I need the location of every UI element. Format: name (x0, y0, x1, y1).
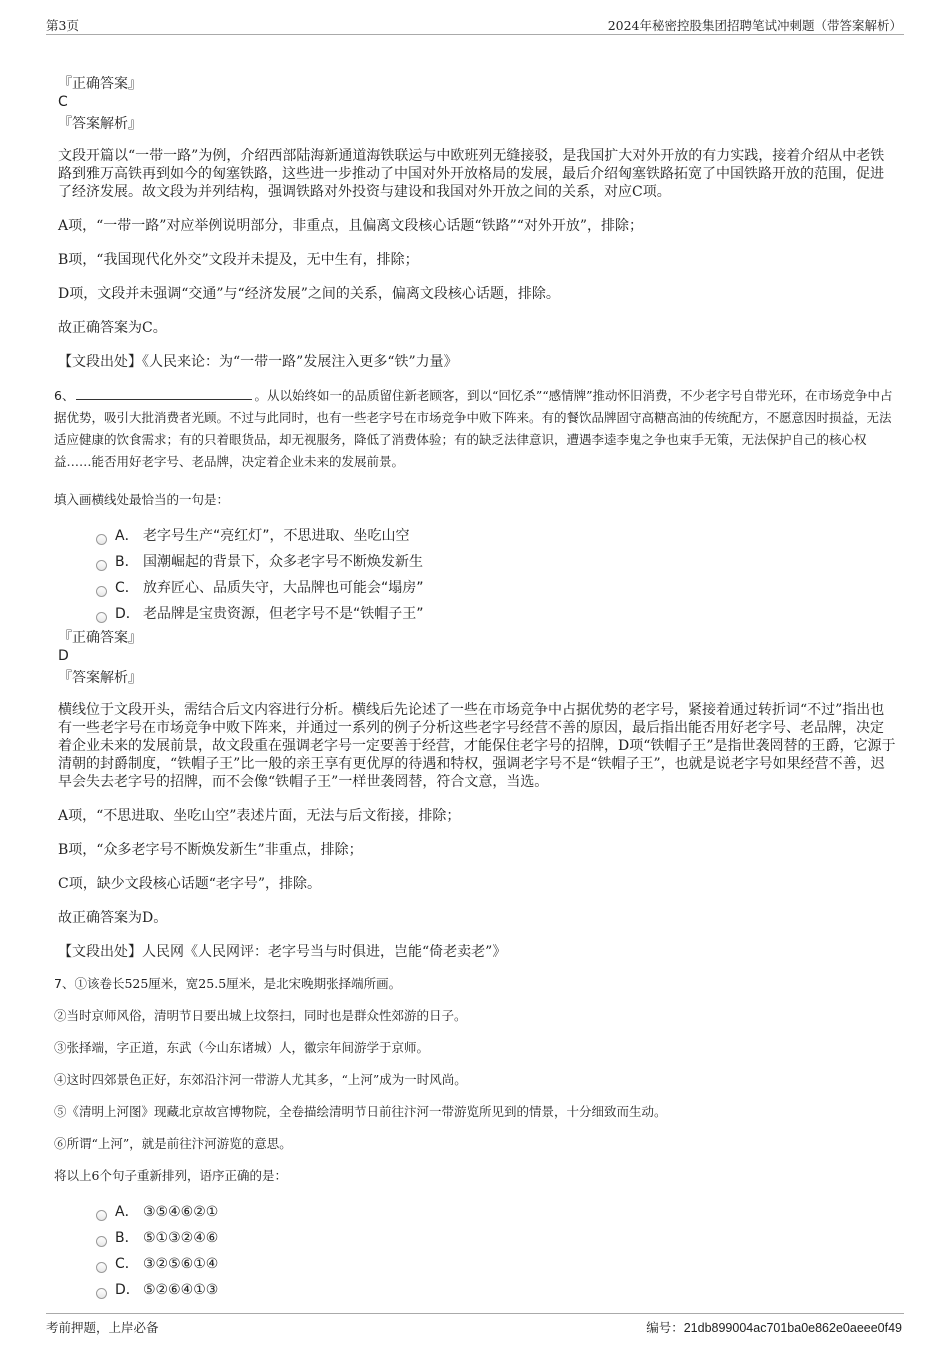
correct-answer-value: C (58, 93, 896, 111)
option-a[interactable]: A．老字号生产“亮红灯”，不思进取、坐吃山空 (96, 523, 896, 549)
radio-icon[interactable] (96, 534, 107, 545)
question-7: 7、①该卷长525厘米，宽25.5厘米，是北宋晚期张择端所画。 (54, 973, 896, 995)
sentence-6: ⑥所谓“上河”，就是前往汴河游览的意思。 (54, 1133, 896, 1155)
document-body: 『正确答案』 C 『答案解析』 文段开篇以“一带一路”为例，介绍西部陆海新通道海… (56, 75, 896, 1303)
conclusion: 故正确答案为C。 (58, 319, 896, 337)
analysis-text: 文段开篇以“一带一路”为例，介绍西部陆海新通道海铁联运与中欧班列无缝接驳，是我国… (58, 147, 896, 201)
question-number: 6、 (54, 388, 74, 403)
radio-icon[interactable] (96, 560, 107, 571)
option-c[interactable]: C．放弃匠心、品质失守，大品牌也可能会“塌房” (96, 575, 896, 601)
options-group: A．老字号生产“亮红灯”，不思进取、坐吃山空 B．国潮崛起的背景下，众多老字号不… (96, 523, 896, 627)
correct-answer-label: 『正确答案』 (58, 629, 896, 647)
sentence-1: ①该卷长525厘米，宽25.5厘米，是北宋晚期张择端所画。 (74, 976, 401, 991)
question-prompt: 填入画横线处最恰当的一句是： (54, 489, 896, 511)
radio-icon[interactable] (96, 586, 107, 597)
analysis-option-a: A项，“一带一路”对应举例说明部分，非重点，且偏离文段核心话题“铁路”“对外开放… (58, 217, 896, 235)
analysis-option-d: D项，文段并未强调“交通”与“经济发展”之间的关系，偏离文段核心话题，排除。 (58, 285, 896, 303)
option-a[interactable]: A．③⑤④⑥②① (96, 1199, 896, 1225)
correct-answer-value: D (58, 647, 896, 665)
page-footer: 考前押题，上岸必备 编号：21db899004ac701ba0e862e0aee… (46, 1313, 904, 1338)
passage-source: 【文段出处】人民网《人民网评：老字号当与时俱进，岂能“倚老卖老”》 (58, 943, 896, 961)
analysis-label: 『答案解析』 (58, 115, 896, 133)
radio-icon[interactable] (96, 1288, 107, 1299)
passage-source: 【文段出处】《人民来论：为“一带一路”发展注入更多“铁”力量》 (58, 353, 896, 371)
analysis-text: 横线位于文段开头，需结合后文内容进行分析。横线后先论述了一些在市场竞争中占据优势… (58, 701, 896, 791)
document-code: 编号：21db899004ac701ba0e862e0aeee0f49 (646, 1318, 902, 1336)
analysis-option-c: C项，缺少文段核心话题“老字号”，排除。 (58, 875, 896, 893)
option-d[interactable]: D．老品牌是宝贵资源，但老字号不是“铁帽子王” (96, 601, 896, 627)
radio-icon[interactable] (96, 1262, 107, 1273)
page-header: 第3页 2024年秘密控股集团招聘笔试冲刺题（带答案解析） (46, 14, 904, 35)
sentence-5: ⑤《清明上河图》现藏北京故宫博物院，全卷描绘清明节日前往汴河一带游览所见到的情景… (54, 1101, 896, 1123)
option-b[interactable]: B．国潮崛起的背景下，众多老字号不断焕发新生 (96, 549, 896, 575)
document-title: 2024年秘密控股集团招聘笔试冲刺题（带答案解析） (608, 16, 902, 34)
question-text: 。从以始终如一的品质留住新老顾客，到以“回忆杀”“感情牌”推动怀旧消费，不少老字… (54, 388, 893, 469)
radio-icon[interactable] (96, 1236, 107, 1247)
question-prompt: 将以上6个句子重新排列，语序正确的是： (54, 1165, 896, 1187)
page-number: 第3页 (46, 16, 79, 34)
footer-slogan: 考前押题，上岸必备 (46, 1318, 159, 1336)
fill-blank (76, 387, 252, 400)
options-group: A．③⑤④⑥②① B．⑤①③②④⑥ C．③②⑤⑥①④ D．⑤②⑥④①③ (96, 1199, 896, 1303)
sentence-2: ②当时京师风俗，清明节日要出城上坟祭扫，同时也是群众性郊游的日子。 (54, 1005, 896, 1027)
analysis-option-a: A项，“不思进取、坐吃山空”表述片面，无法与后文衔接，排除； (58, 807, 896, 825)
analysis-option-b: B项，“众多老字号不断焕发新生”非重点，排除； (58, 841, 896, 859)
radio-icon[interactable] (96, 1210, 107, 1221)
option-c[interactable]: C．③②⑤⑥①④ (96, 1251, 896, 1277)
option-d[interactable]: D．⑤②⑥④①③ (96, 1277, 896, 1303)
question-6: 6、。从以始终如一的品质留住新老顾客，到以“回忆杀”“感情牌”推动怀旧消费，不少… (54, 385, 896, 473)
analysis-option-b: B项，“我国现代化外交”文段并未提及，无中生有，排除； (58, 251, 896, 269)
radio-icon[interactable] (96, 612, 107, 623)
sentence-3: ③张择端，字正道，东武（今山东诸城）人，徽宗年间游学于京师。 (54, 1037, 896, 1059)
analysis-label: 『答案解析』 (58, 669, 896, 687)
conclusion: 故正确答案为D。 (58, 909, 896, 927)
option-b[interactable]: B．⑤①③②④⑥ (96, 1225, 896, 1251)
sentence-4: ④这时四郊景色正好，东郊沿汴河一带游人尤其多，“上河”成为一时风尚。 (54, 1069, 896, 1091)
correct-answer-label: 『正确答案』 (58, 75, 896, 93)
